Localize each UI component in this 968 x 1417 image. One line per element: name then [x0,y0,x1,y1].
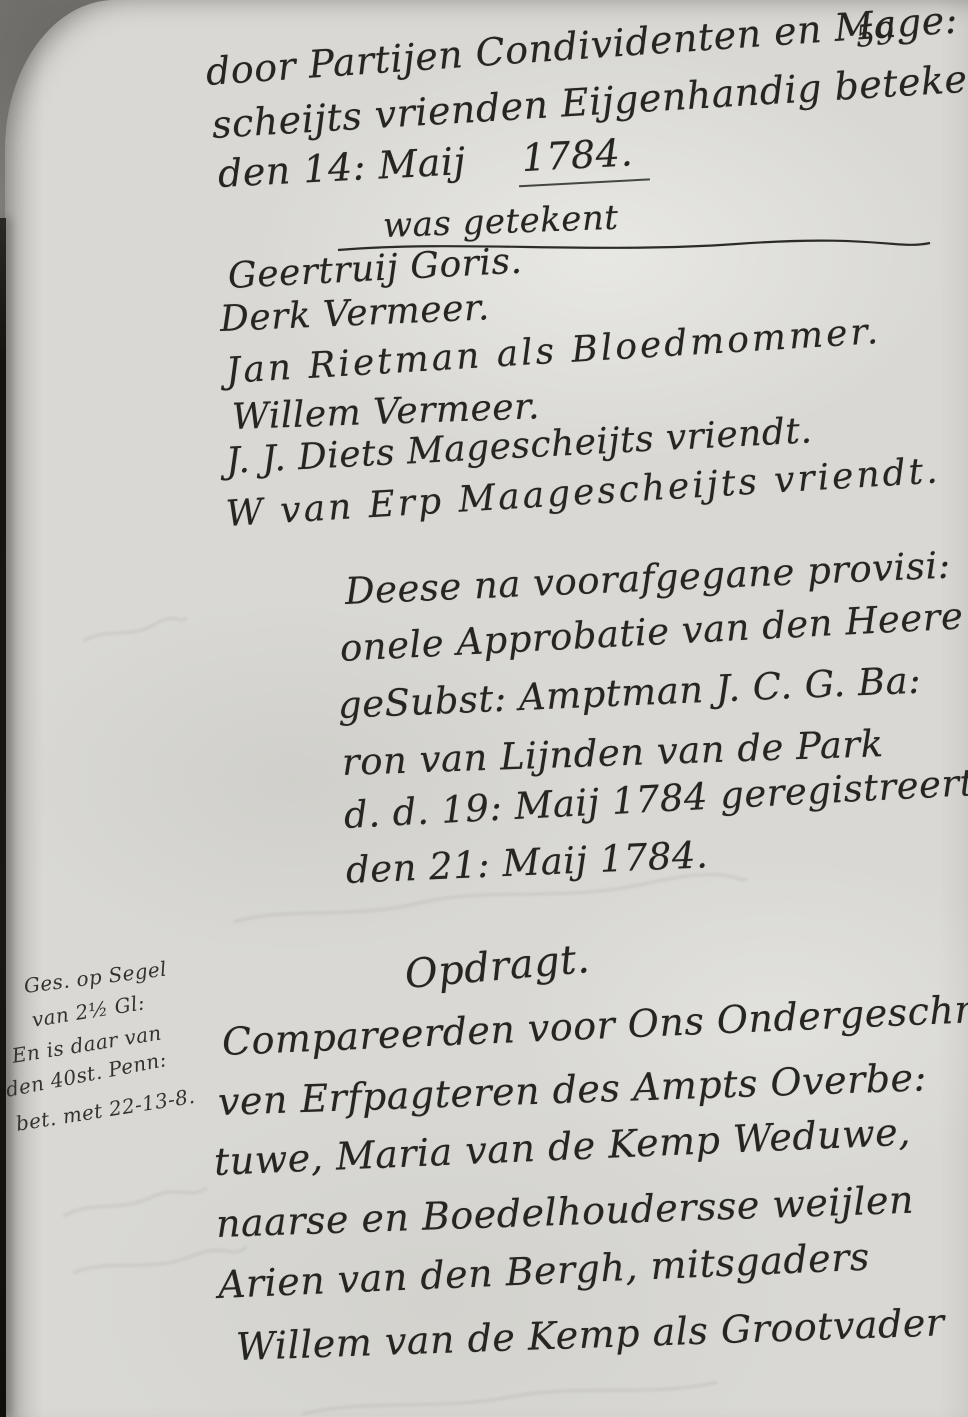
manuscript-scan: 59. door Partijen Condividenten en Mage:… [0,0,968,1417]
date-year-underlined: 1784. [517,129,651,187]
binding-edge [0,218,6,1417]
